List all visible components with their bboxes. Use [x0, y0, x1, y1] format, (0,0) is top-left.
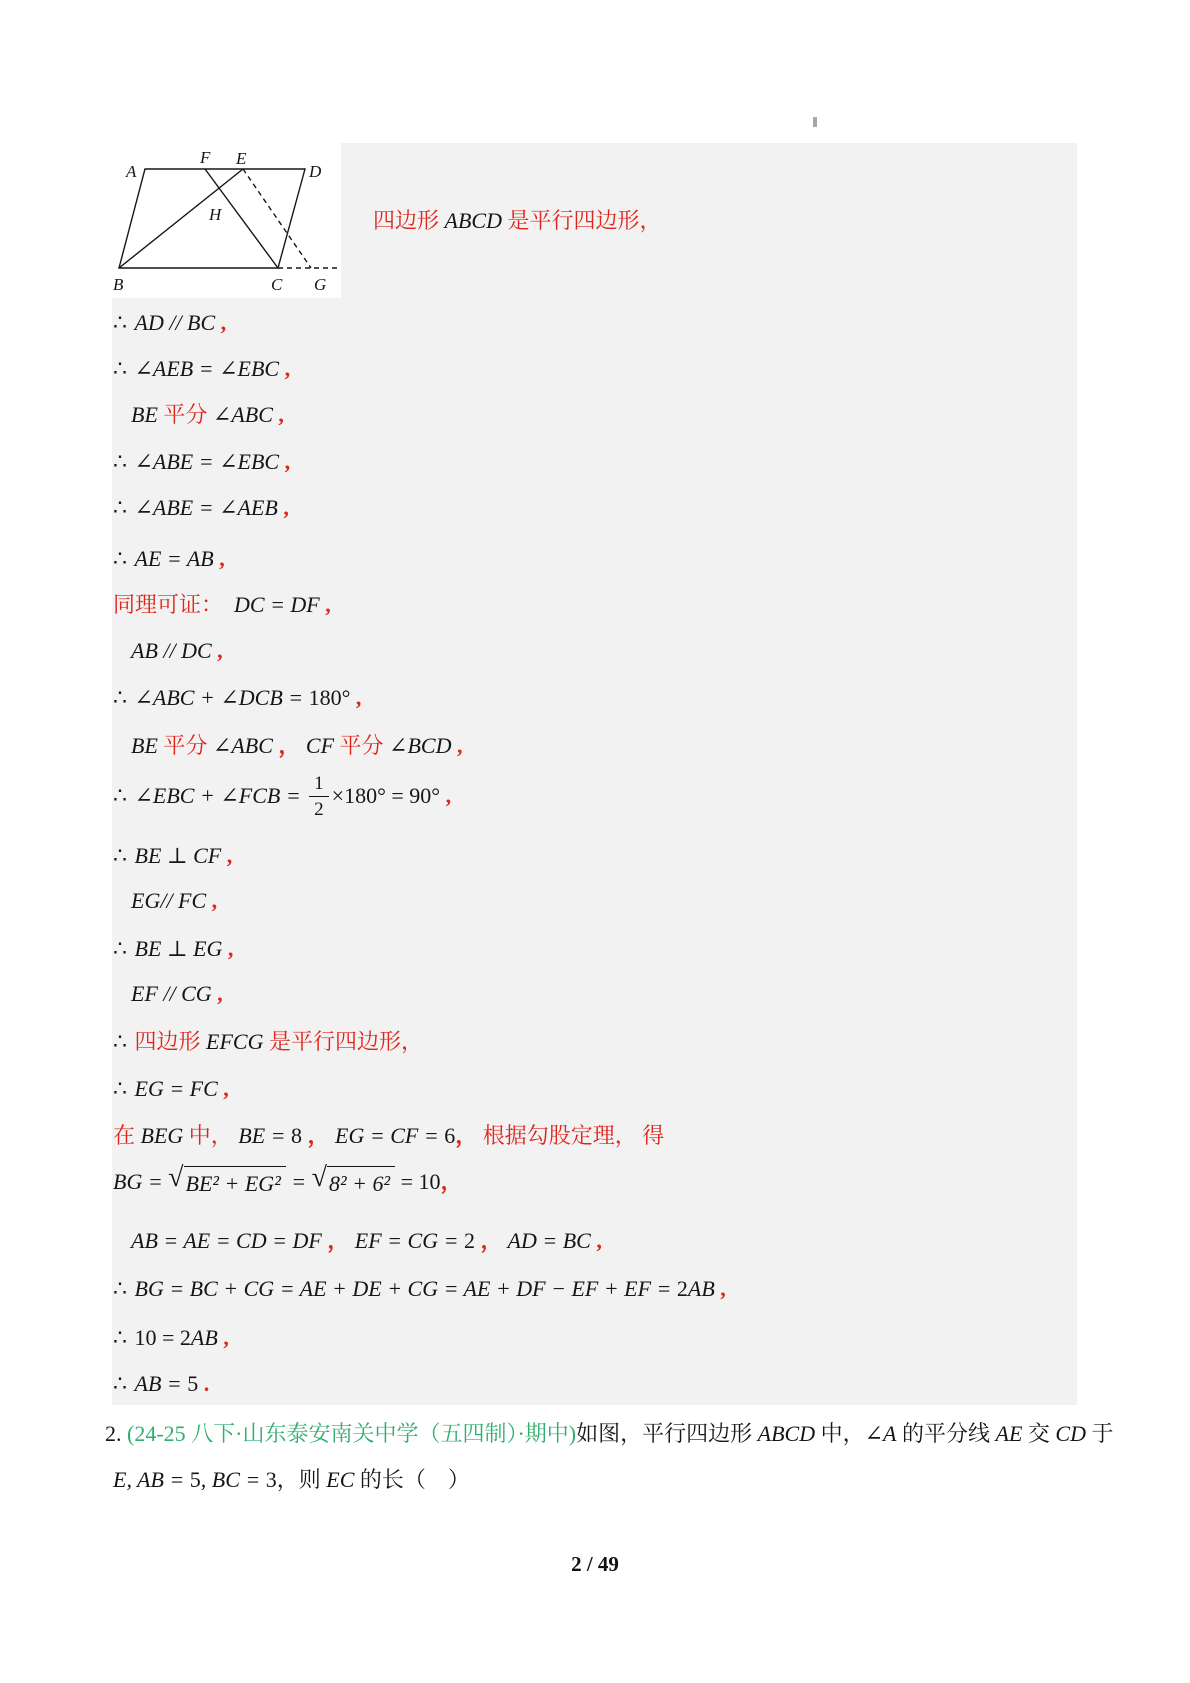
red-punctuation: , — [440, 781, 451, 811]
math-number: 180° — [309, 683, 351, 713]
cn-text: 于 — [1086, 1419, 1114, 1449]
math-text: CF — [300, 731, 339, 761]
red-punctuation: ， — [441, 1167, 463, 1197]
proof-line-7: 同理可证： DC = DF , — [113, 590, 331, 620]
math-text: E, AB = — [113, 1465, 190, 1495]
red-punctuation: ， — [273, 731, 301, 761]
therefore-symbol: ∴ — [113, 1274, 135, 1304]
proof-line-18: 在 BEG 中， BE = 8 ， EG = CF = 6， 根据勾股定理， 得 — [113, 1121, 664, 1151]
question-line-1: 2. (24-25 八下·山东泰安南关中学（五四制）·期中)如图，平行四边形 A… — [105, 1419, 1114, 1449]
cn-text: 如图，平行四边形 — [576, 1419, 758, 1449]
proof-line-16: ∴ 四边形 EFCG 是平行四边形， — [113, 1027, 423, 1057]
proof-line-13: EG// FC , — [131, 886, 217, 916]
proof-line-4: ∴ ∠ABE = ∠EBC , — [113, 447, 290, 477]
red-punctuation: , — [206, 886, 217, 916]
math-number: ×180° = 90° — [332, 781, 440, 811]
math-text: CD — [1055, 1419, 1086, 1449]
therefore-symbol: ∴ — [113, 934, 135, 964]
proof-line-10: BE 平分 ∠ABC ， CF 平分 ∠BCD , — [131, 731, 462, 761]
radicand: BE² + EG² — [184, 1166, 286, 1199]
therefore-symbol: ∴ — [113, 447, 135, 477]
segment-BE — [119, 169, 243, 268]
math-text: BG = BC + CG = AE + DE + CG = AE + DF − … — [135, 1274, 677, 1304]
cn-text: 的长（ ） — [354, 1465, 470, 1495]
math-text: AB = — [135, 1369, 188, 1399]
vertex-label-A: A — [125, 162, 137, 181]
red-punctuation: , — [451, 731, 462, 761]
proof-line-2: ∴ ∠AEB = ∠EBC , — [113, 354, 290, 384]
red-annotation: 四边形 — [135, 1027, 207, 1057]
math-text: BE — [131, 400, 163, 430]
math-number: 5 — [187, 1369, 198, 1399]
math-number: 5 — [190, 1465, 201, 1495]
red-punctuation: ， — [455, 1121, 477, 1151]
red-punctuation: ， — [475, 1226, 503, 1256]
red-punctuation: , — [218, 1074, 229, 1104]
math-text: BE — [131, 731, 163, 761]
red-annotation: 在 — [113, 1121, 135, 1151]
red-punctuation: , — [591, 1226, 602, 1256]
page-number: 2 / 49 — [0, 1552, 1190, 1577]
vertex-label-F: F — [199, 148, 211, 167]
math-number: 8 — [291, 1121, 302, 1151]
math-number: = 10 — [395, 1167, 440, 1197]
red-annotation: 同理可证： — [113, 590, 223, 620]
red-punctuation: , — [218, 1323, 229, 1353]
fraction-denominator: 2 — [309, 796, 329, 819]
therefore-symbol: ∴ — [113, 1074, 135, 1104]
cn-text: 2. — [105, 1419, 127, 1449]
red-annotation: 是平行四边形， — [502, 206, 662, 236]
cn-text: 的平分线 — [897, 1419, 996, 1449]
red-punctuation: ， — [322, 1226, 350, 1256]
math-text: A — [883, 1419, 896, 1449]
cn-text: ，则 — [277, 1465, 327, 1495]
geometry-figure: A F E D B C G H — [112, 143, 341, 298]
math-text: , BC = — [201, 1465, 266, 1495]
cn-text: 交 — [1022, 1419, 1055, 1449]
red-annotation: 是平行四边形， — [263, 1027, 423, 1057]
sqrt-expression: √BE² + EG² — [168, 1166, 286, 1199]
red-punctuation: , — [320, 590, 331, 620]
red-punctuation: , — [221, 841, 232, 871]
vertex-label-E: E — [235, 149, 247, 168]
fraction: 12 — [309, 774, 329, 819]
red-punctuation: , — [212, 636, 223, 666]
math-text: BE ⊥ CF — [135, 841, 222, 871]
radicand: 8² + 6² — [327, 1166, 395, 1199]
proof-line-9: ∴ ∠ABC + ∠DCB = 180° , — [113, 683, 361, 713]
vertex-label-D: D — [308, 162, 322, 181]
math-text: AD = BC — [502, 1226, 590, 1256]
proof-line-12: ∴ BE ⊥ CF , — [113, 841, 232, 871]
vertex-label-B: B — [113, 275, 124, 294]
math-text: ∠ABC — [207, 731, 272, 761]
proof-line-3: BE 平分 ∠ABC , — [131, 400, 284, 430]
math-text: AD // BC — [135, 308, 216, 338]
math-text: EG = FC — [135, 1074, 218, 1104]
red-punctuation: , — [273, 400, 284, 430]
math-text: ∠BCD — [384, 731, 452, 761]
red-annotation: 中， — [189, 1121, 233, 1151]
parallelogram-diagram: A F E D B C G H — [112, 143, 341, 298]
radical-sign: √ — [168, 1164, 183, 1192]
therefore-symbol: ∴ — [113, 781, 135, 811]
vertex-label-G: G — [314, 275, 326, 294]
red-punctuation: , — [222, 934, 233, 964]
math-text: = — [286, 1167, 312, 1197]
math-text: ABCD — [758, 1419, 815, 1449]
math-text: EC — [326, 1465, 354, 1495]
math-text: ∠ABC + ∠DCB = — [135, 683, 309, 713]
proof-line-15: EF // CG , — [131, 979, 223, 1009]
proof-line-5: ∴ ∠ABE = ∠AEB , — [113, 493, 289, 523]
proof-line-8: AB // DC , — [131, 636, 223, 666]
proof-line-21: ∴ BG = BC + CG = AE + DE + CG = AE + DF … — [113, 1274, 726, 1304]
math-text: EF // CG — [131, 979, 212, 1009]
red-punctuation: , — [215, 308, 226, 338]
math-text: EF = CG = — [349, 1226, 464, 1256]
therefore-symbol: ∴ — [113, 841, 135, 871]
red-annotation: 根据勾股定理， 得 — [477, 1121, 664, 1151]
document-page: A F E D B C G H 四边形 ABCD 是平行四边形，∴ AD // … — [0, 0, 1190, 1683]
red-annotation: 平分 — [163, 731, 207, 761]
fraction-numerator: 1 — [309, 774, 329, 796]
sqrt-expression: √8² + 6² — [312, 1166, 395, 1199]
proof-line-19: BG = √BE² + EG² = √8² + 6² = 10， — [113, 1158, 463, 1206]
proof-line-17: ∴ EG = FC , — [113, 1074, 229, 1104]
math-number: 6 — [444, 1121, 455, 1151]
red-annotation: 平分 — [163, 400, 207, 430]
proof-line-6: ∴ AE = AB , — [113, 544, 225, 574]
math-text: BE ⊥ EG — [135, 934, 223, 964]
red-annotation: 平分 — [340, 731, 384, 761]
therefore-symbol: ∴ — [113, 683, 135, 713]
red-punctuation: , — [212, 979, 223, 1009]
math-text: BEG — [135, 1121, 189, 1151]
math-text: ∠AEB = ∠EBC — [135, 354, 280, 384]
therefore-symbol: ∴ — [113, 1369, 135, 1399]
question-line-2: E, AB = 5, BC = 3，则 EC 的长（ ） — [113, 1465, 470, 1495]
math-number: 2 — [677, 1274, 688, 1304]
radical-sign: √ — [312, 1164, 327, 1192]
math-text: DC = DF — [223, 590, 320, 620]
math-number: 2 — [464, 1226, 475, 1256]
red-punctuation: , — [279, 354, 290, 384]
red-punctuation: , — [214, 544, 225, 574]
cursor-artifact — [813, 117, 817, 127]
cn-text: 中，∠ — [815, 1419, 883, 1449]
proof-line-1: ∴ AD // BC , — [113, 308, 226, 338]
red-punctuation: . — [198, 1369, 209, 1399]
red-punctuation: , — [278, 493, 289, 523]
math-number: 3 — [266, 1465, 277, 1495]
proof-line-23: ∴ AB = 5 . — [113, 1369, 209, 1399]
therefore-symbol: ∴ — [113, 544, 135, 574]
red-punctuation: , — [279, 447, 290, 477]
math-text: AB — [191, 1323, 218, 1353]
therefore-symbol: ∴ — [113, 1323, 135, 1353]
intro-statement: 四边形 ABCD 是平行四边形， — [373, 206, 661, 236]
math-text: AB — [688, 1274, 715, 1304]
source-tag: (24-25 八下·山东泰安南关中学（五四制）·期中) — [127, 1419, 576, 1449]
proof-line-11: ∴ ∠EBC + ∠FCB = 12×180° = 90° , — [113, 768, 451, 824]
therefore-symbol: ∴ — [113, 354, 135, 384]
math-text: BE = — [233, 1121, 291, 1151]
math-text: AB // DC — [131, 636, 212, 666]
proof-line-20: AB = AE = CD = DF ， EF = CG = 2 ， AD = B… — [131, 1226, 602, 1256]
math-text: AB = AE = CD = DF — [131, 1226, 322, 1256]
math-text: ∠ABE = ∠AEB — [135, 493, 278, 523]
red-annotation: 四边形 — [373, 206, 445, 236]
math-number: 10 = 2 — [135, 1323, 191, 1353]
math-text: ∠EBC + ∠FCB = — [135, 781, 307, 811]
math-text: AE — [996, 1419, 1023, 1449]
math-text: EFCG — [206, 1027, 263, 1057]
math-text: EG = CF = — [330, 1121, 445, 1151]
vertex-label-C: C — [271, 275, 283, 294]
red-punctuation: , — [715, 1274, 726, 1304]
red-punctuation: , — [350, 683, 361, 713]
math-text: ABCD — [445, 206, 502, 236]
math-text: ∠ABE = ∠EBC — [135, 447, 280, 477]
therefore-symbol: ∴ — [113, 493, 135, 523]
proof-line-22: ∴ 10 = 2AB , — [113, 1323, 229, 1353]
math-text: ∠ABC — [207, 400, 272, 430]
math-text: EG// FC — [131, 886, 206, 916]
vertex-label-H: H — [208, 205, 223, 224]
proof-line-14: ∴ BE ⊥ EG , — [113, 934, 233, 964]
therefore-symbol: ∴ — [113, 308, 135, 338]
math-text: AE = AB — [135, 544, 214, 574]
therefore-symbol: ∴ — [113, 1027, 135, 1057]
math-text: BG = — [113, 1167, 168, 1197]
red-punctuation: ， — [302, 1121, 330, 1151]
